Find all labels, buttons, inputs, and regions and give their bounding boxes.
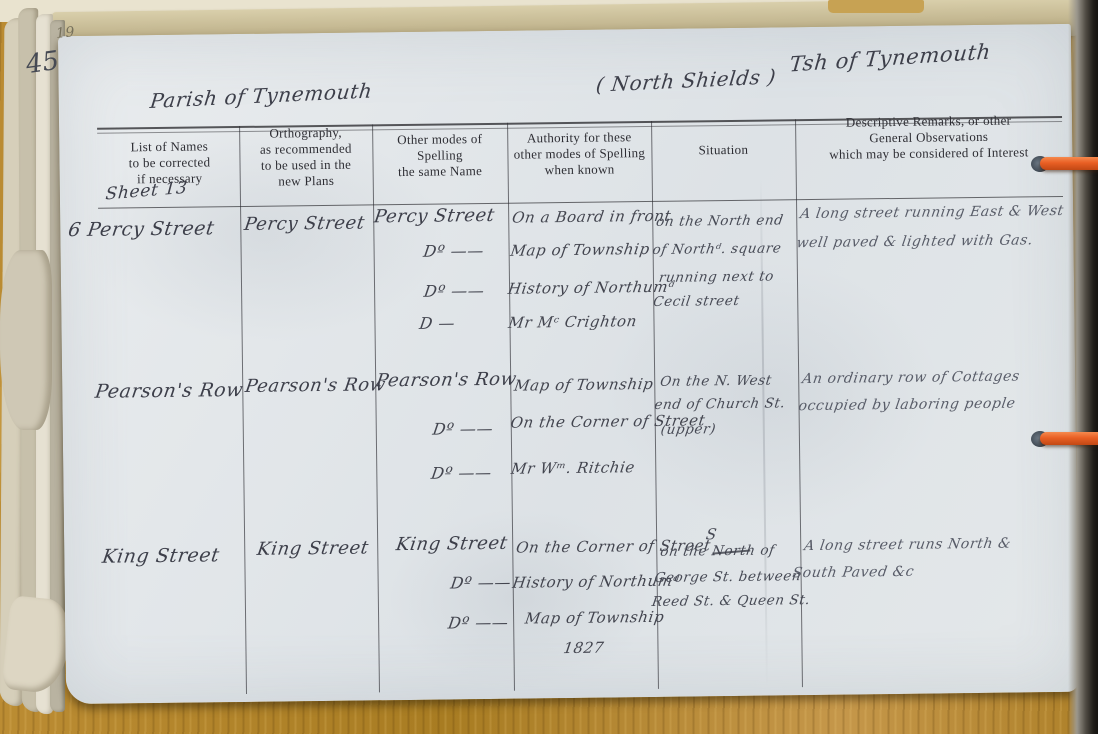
header-line: when known xyxy=(508,161,652,179)
binding-cord xyxy=(1040,432,1098,445)
header-line: new Plans xyxy=(240,172,373,190)
row2-situation-line: (upper) xyxy=(660,421,717,438)
header-line: List of Names xyxy=(99,138,239,156)
register-page: Parish of Tynemouth ( North Shields ) Ts… xyxy=(58,24,1079,704)
row3-spelling: King Street xyxy=(395,533,509,555)
header-line: Other modes of xyxy=(372,131,507,149)
header-line: as recommended xyxy=(239,140,372,158)
header-line: the same Name xyxy=(373,163,508,181)
row3-spelling-ditto: Dº —— xyxy=(447,613,510,633)
row3-authority-line: Map of Township xyxy=(524,608,666,628)
under-page-number: 19 xyxy=(55,24,75,42)
row1-authority-line: On a Board in front xyxy=(511,207,673,227)
header-line: to be used in the xyxy=(239,156,372,174)
row2-spelling-ditto: Dº —— xyxy=(431,419,494,439)
row3-situation-line: George St. between xyxy=(653,568,802,586)
header-line: Spelling xyxy=(372,147,507,165)
row2-situation-line: end of Church St. xyxy=(653,395,786,413)
book-right-edge-shadow xyxy=(1068,0,1098,734)
place-title: ( North Shields ) xyxy=(595,64,778,96)
row2-spelling-ditto: Dº —— xyxy=(430,463,493,483)
row2-orthography: Pearson's Row xyxy=(244,374,388,397)
parish-title: Parish of Tynemouth xyxy=(149,79,374,113)
row3-situation-correction: S xyxy=(705,525,719,543)
header-line: Authority for these xyxy=(507,129,651,147)
register-book-photo: 19 45 Parish of Tynemouth ( North Shield… xyxy=(0,0,1098,734)
column-divider xyxy=(239,126,247,694)
row2-name: Pearson's Row xyxy=(94,379,245,403)
row1-spelling: Percy Street xyxy=(373,205,497,228)
column-header-authority: Authority for these other modes of Spell… xyxy=(507,129,652,179)
row2-spelling: Pearson's Row xyxy=(375,369,519,392)
row2-remarks-line: occupied by laboring people xyxy=(797,396,1016,415)
row3-remarks-line: South Paved &c xyxy=(791,564,915,582)
row1-situation-line: of Northᵈ. square xyxy=(651,240,782,258)
row3-remarks-line: A long street runs North & xyxy=(803,536,1012,555)
row3-name: King Street xyxy=(101,544,221,567)
header-line: to be corrected xyxy=(99,154,239,172)
column-header-remarks: Descriptive Remarks, or other General Ob… xyxy=(795,112,1063,163)
page-stack-left-curl xyxy=(0,250,52,430)
row3-situation-line: Reed St. & Queen St. xyxy=(651,592,812,610)
row1-situation-line: on the North end xyxy=(655,212,785,230)
header-line: which may be considered of Interest xyxy=(795,144,1062,163)
column-header-situation: Situation xyxy=(651,141,795,159)
row1-spelling-ditto: Dº —— xyxy=(423,281,486,301)
row1-situation-line: Cecil street xyxy=(652,293,741,310)
binding-cord xyxy=(1040,157,1098,170)
row1-name: 6 Percy Street xyxy=(67,217,216,241)
header-line: Orthography, xyxy=(239,124,372,142)
torn-paper-fragment xyxy=(828,0,924,13)
row2-authority-line: Mr Wᵐ. Ritchie xyxy=(510,458,636,478)
column-header-orthography: Orthography, as recommended to be used i… xyxy=(239,124,373,190)
row1-remarks-line: well paved & lighted with Gas. xyxy=(795,232,1034,251)
row3-spelling-ditto: Dº —— xyxy=(449,573,512,593)
row2-situation-line: On the N. West xyxy=(659,373,773,390)
header-line: other modes of Spelling xyxy=(507,145,651,163)
page-corner-number: 45 xyxy=(24,46,61,80)
row3-orthography: King Street xyxy=(256,537,370,559)
row1-spelling-ditto: D — xyxy=(418,313,456,332)
row1-authority-line: Map of Township xyxy=(509,240,651,260)
row1-authority-line: Mr Mᶜ Crighton xyxy=(507,312,638,332)
row1-remarks-line: A long street running East & West xyxy=(799,203,1065,222)
column-header-spelling: Other modes of Spelling the same Name xyxy=(372,131,508,181)
township-title: Tsh of Tynemouth xyxy=(789,40,993,77)
row2-authority-line: Map of Township xyxy=(513,375,655,395)
row1-orthography: Percy Street xyxy=(243,212,367,235)
row2-remarks-line: An ordinary row of Cottages xyxy=(801,368,1021,387)
row1-authority-line: History of Northumᵈ xyxy=(507,278,676,298)
row1-spelling-ditto: Dº —— xyxy=(422,241,485,261)
row3-authority-line: 1827 xyxy=(562,639,605,658)
row1-situation-line: running next to xyxy=(658,268,775,285)
